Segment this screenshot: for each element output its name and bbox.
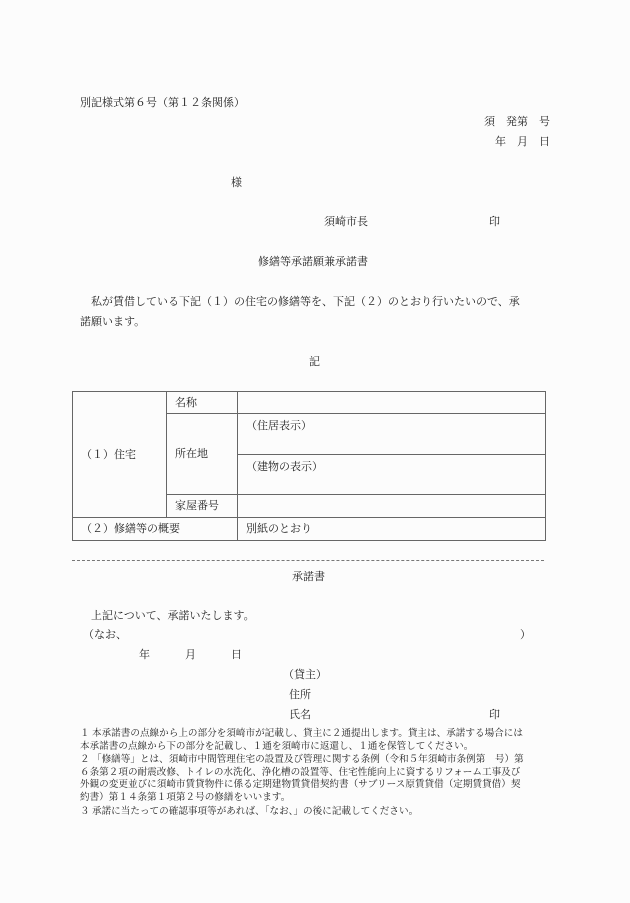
building-display-label: （建物の表示） [246,460,323,473]
lessor-seal: 印 [489,708,500,722]
note-2: ２ 「修繕等」とは、須崎市中間管理住宅の設置及び管理に関する条例（令和５年須崎市… [80,754,555,804]
note-line: 承諾に当たっての確認事項等があれば、「なお、」の後に記載してください。 [80,806,555,819]
location-label: 所在地 [175,447,208,460]
note-line: 外観の変更並びに須崎市賃貸物件に係る定期建物賃貸借契約書（サブリース原賃貸借（定… [80,779,555,792]
request-body-line2: 諾願います。 [80,315,145,329]
request-body-line1: 私が賃借している下記（１）の住宅の修繕等を、下記（２）のとおり行いたいので、承 [91,295,520,309]
issuer-name: 須崎市長 [324,215,368,229]
issuer-seal: 印 [489,215,500,229]
consent-date-year: 年 [139,648,150,662]
note-number: ３ [80,806,90,819]
note-line: 約書）第１４条第１項第２号の修繕をいいます。 [80,792,555,805]
residence-display-cell[interactable]: （住居表示） [238,414,546,455]
house-number-label-cell: 家屋番号 [167,495,238,518]
name-label: 名称 [175,396,197,409]
consent-statement: 上記について、承諾いたします。 [91,609,255,623]
note-number: １ [80,728,90,741]
nao-close: ） [520,628,531,642]
note-3: ３ 承諾に当たっての確認事項等があれば、「なお、」の後に記載してください。 [80,806,555,819]
note-1: １ 本承諾書の点線から上の部分を須崎市が記載し、貸主に２通提出します。貸主は、承… [80,728,555,753]
location-label-cell: 所在地 [167,414,238,495]
consent-title: 承諾書 [292,570,325,584]
lessor-label: （貸主） [283,668,327,682]
building-display-cell[interactable]: （建物の表示） [238,455,546,495]
residence-display-label: （住居表示） [246,419,312,432]
nao-open: （なお、 [83,628,127,642]
addressee-honorific: 様 [231,176,242,190]
repair-summary-label: （２）修繕等の概要 [81,522,180,535]
lessor-name-label: 氏名 [289,708,311,722]
ki-heading: 記 [309,355,320,369]
name-label-cell: 名称 [167,392,238,414]
house-number-label: 家屋番号 [175,499,219,512]
repair-summary-label-cell: （２）修繕等の概要 [73,518,238,541]
form-reference: 別記様式第６号（第１２条関係） [80,96,245,110]
name-value-cell[interactable] [238,392,546,414]
consent-date-month: 月 [185,648,196,662]
document-title: 修繕等承諾願兼承諾書 [258,255,368,269]
cut-line-divider [72,560,544,561]
note-line: 本承諾書の点線から上の部分を須崎市が記載し、貸主に２通提出します。貸主は、承諾す… [80,728,555,741]
note-line: ６条第２項の耐震改修、トイレの水洗化、浄化槽の設置等、住宅性能向上に資するリフォ… [80,767,555,780]
housing-label: （１）住宅 [81,448,136,461]
request-details-table: （１）住宅 名称 所在地 （住居表示） （建物の表示） 家屋番号 （２）修繕等の… [72,391,546,541]
note-line: 「修繕等」とは、須崎市中間管理住宅の設置及び管理に関する条例（令和５年須崎市条例… [80,754,555,767]
document-number: 須 発第 号 [484,115,550,129]
note-line: 本承諾書の点線から下の部分を記載し、１通を須崎市に返還し、１通を保管してください… [80,741,555,754]
house-number-value-cell[interactable] [238,495,546,518]
consent-date-day: 日 [231,648,242,662]
issue-date: 年 月 日 [495,135,550,149]
repair-summary-value-cell[interactable]: 別紙のとおり [238,518,546,541]
lessor-address-label: 住所 [289,688,311,702]
note-number: ２ [80,754,90,767]
repair-summary-value: 別紙のとおり [246,522,312,535]
housing-label-cell: （１）住宅 [73,392,167,518]
